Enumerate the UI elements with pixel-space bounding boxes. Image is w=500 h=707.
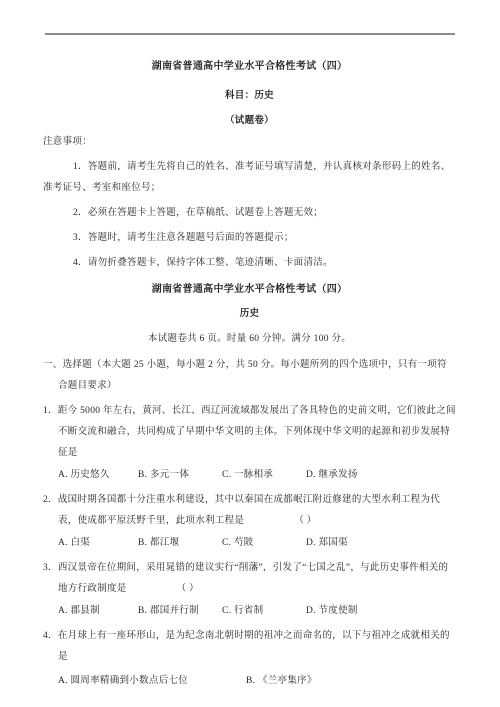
option-b: B. 《兰亭集序》: [246, 671, 456, 692]
subject-line: 科目：历史: [43, 86, 456, 107]
note-item-4: 4．请勿折叠答题卡，保持字体工整、笔迹清晰、卡面清洁。: [43, 253, 456, 274]
answer-blank: （ ）: [294, 511, 316, 532]
notes-heading: 注意事项：: [43, 132, 456, 153]
exam-meta: 本试题卷共 6 页。时量 60 分钟。满分 100 分。: [43, 329, 456, 350]
question-stem: 3．西汉景帝在位期间，采用晁错的建议实行“削藩”，引发了“七国之乱”，与此历史事…: [43, 558, 456, 600]
header-rule: [45, 33, 455, 35]
answer-blank: （ ）: [177, 579, 199, 600]
option-d: D. 郑国渠: [306, 533, 456, 554]
question-text: 4．在月球上有一座环形山，是为纪念南北朝时期的祖冲之而命名的，以下与祖冲之成就相…: [43, 631, 450, 662]
option-a: A. 历史悠久: [58, 465, 138, 486]
question-stem: 4．在月球上有一座环形山，是为纪念南北朝时期的祖冲之而命名的，以下与祖冲之成就相…: [43, 626, 456, 668]
option-d: D. 节度使制: [306, 601, 456, 622]
option-c: C. 芍陂: [222, 533, 306, 554]
section-heading: 一、选择题（本大题 25 小题，每小题 2 分，共 50 分。每小题所列的四个选…: [43, 355, 456, 397]
option-a: A. 白渠: [58, 533, 138, 554]
paper-type-label: （试题卷）: [43, 111, 456, 132]
exam-subject: 历史: [43, 304, 456, 325]
exam-paper-page: 湖南省普通高中学业水平合格性考试（四） 科目：历史 （试题卷） 注意事项： 1．…: [0, 0, 500, 707]
options-row: A. 圆周率精确到小数点后七位 B. 《兰亭集序》: [43, 671, 456, 692]
option-a: A. 郡县制: [58, 601, 138, 622]
option-c: C. 一脉相承: [222, 465, 306, 486]
question-block-1: 1．距今 5000 年左右，黄河、长江、西辽河流域都发展出了各具特色的史前文明，…: [43, 401, 456, 486]
options-row: A. 历史悠久 B. 多元一体 C. 一脉相承 D. 继承发扬: [43, 465, 456, 486]
question-block-2: 2．战国时期各国都十分注重水利建设，其中以秦国在成都岷江附近修建的大型水利工程为…: [43, 490, 456, 554]
question-block-3: 3．西汉景帝在位期间，采用晁错的建议实行“削藩”，引发了“七国之乱”，与此历史事…: [43, 558, 456, 622]
option-b: B. 都江堰: [138, 533, 222, 554]
option-d: D. 继承发扬: [306, 465, 456, 486]
note-item-1: 1．答题前，请考生先将自己的姓名、准考证号填写清楚，并认真核对条形码上的姓名、准…: [43, 157, 456, 199]
question-text: 1．距今 5000 年左右，黄河、长江、西辽河流域都发展出了各具特色的史前文明，…: [43, 406, 456, 458]
question-stem: 2．战国时期各国都十分注重水利建设，其中以秦国在成都岷江附近修建的大型水利工程为…: [43, 490, 456, 532]
exam-title: 湖南省普通高中学业水平合格性考试（四）: [43, 279, 456, 300]
option-a: A. 圆周率精确到小数点后七位: [58, 671, 246, 692]
options-row: A. 白渠 B. 都江堰 C. 芍陂 D. 郑国渠: [43, 533, 456, 554]
option-c: C. 行省制: [222, 601, 306, 622]
option-b: B. 郡国并行制: [138, 601, 222, 622]
question-block-4: 4．在月球上有一座环形山，是为纪念南北朝时期的祖冲之而命名的，以下与祖冲之成就相…: [43, 626, 456, 692]
question-stem: 1．距今 5000 年左右，黄河、长江、西辽河流域都发展出了各具特色的史前文明，…: [43, 401, 456, 464]
paper-title: 湖南省普通高中学业水平合格性考试（四）: [43, 56, 456, 77]
note-item-2: 2．必须在答题卡上答题，在草稿纸、试题卷上答题无效；: [43, 203, 456, 224]
option-b: B. 多元一体: [138, 465, 222, 486]
options-row: A. 郡县制 B. 郡国并行制 C. 行省制 D. 节度使制: [43, 601, 456, 622]
page-content: 湖南省普通高中学业水平合格性考试（四） 科目：历史 （试题卷） 注意事项： 1．…: [0, 56, 500, 692]
question-text: 3．西汉景帝在位期间，采用晁错的建议实行“削藩”，引发了“七国之乱”，与此历史事…: [43, 563, 448, 594]
question-text: 2．战国时期各国都十分注重水利建设，其中以秦国在成都岷江附近修建的大型水利工程为…: [43, 495, 440, 526]
note-item-3: 3．答题时，请考生注意各题题号后面的答题提示；: [43, 228, 456, 249]
